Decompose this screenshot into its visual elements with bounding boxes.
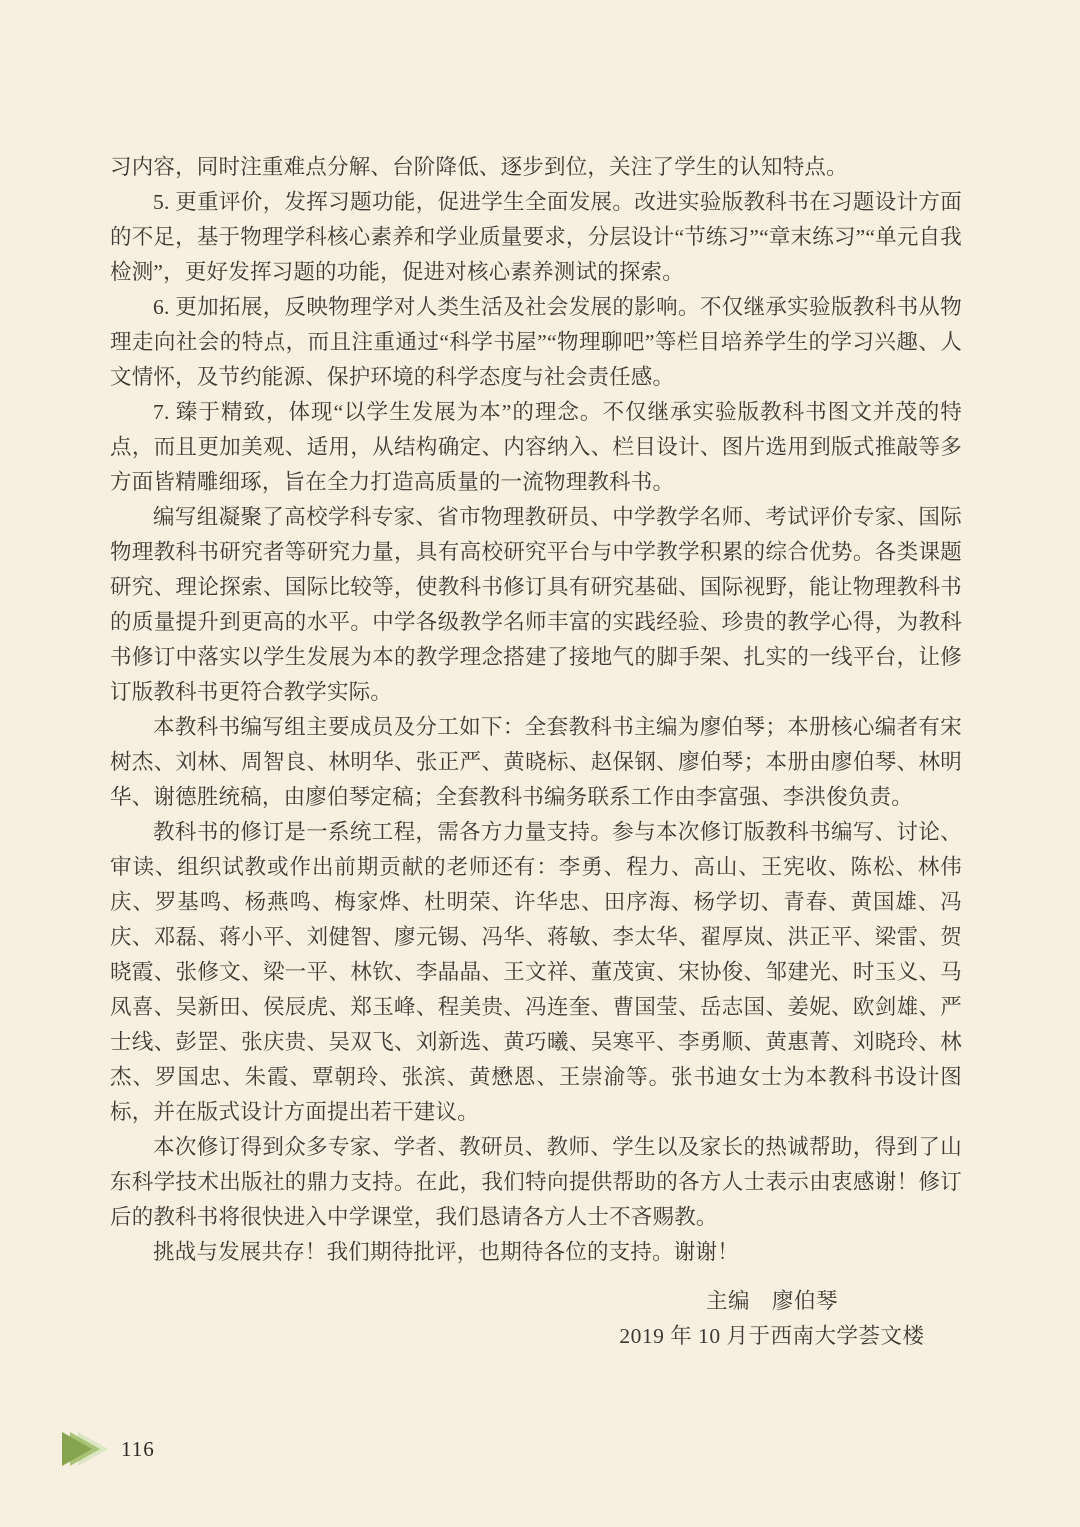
chief-editor-line: 主编 廖伯琴 — [582, 1284, 962, 1319]
paragraph-continuation: 习内容，同时注重难点分解、台阶降低、逐步到位，关注了学生的认知特点。 — [110, 150, 962, 185]
paragraph-closing: 挑战与发展共存！我们期待批评，也期待各位的支持。谢谢！ — [110, 1235, 962, 1270]
paragraph-team-members: 本教科书编写组主要成员及分工如下：全套教科书主编为廖伯琴；本册核心编者有宋树杰、… — [110, 710, 962, 815]
date-place-line: 2019 年 10 月于西南大学荟文楼 — [582, 1319, 962, 1354]
page-footer: 116 — [62, 1432, 155, 1466]
paragraph-contributors: 教科书的修订是一系统工程，需各方力量支持。参与本次修订版教科书编写、讨论、审读、… — [110, 815, 962, 1130]
paragraph-item-5: 5. 更重评价，发挥习题功能，促进学生全面发展。改进实验版教科书在习题设计方面的… — [110, 185, 962, 290]
signature-block: 主编 廖伯琴 2019 年 10 月于西南大学荟文楼 — [582, 1284, 962, 1354]
preface-text-block: 习内容，同时注重难点分解、台阶降低、逐步到位，关注了学生的认知特点。 5. 更重… — [110, 150, 962, 1354]
page-number: 116 — [121, 1437, 155, 1462]
paragraph-writing-team: 编写组凝聚了高校学科专家、省市物理教研员、中学教学名师、考试评价专家、国际物理教… — [110, 500, 962, 710]
paragraph-acknowledgements: 本次修订得到众多专家、学者、教研员、教师、学生以及家长的热诚帮助，得到了山东科学… — [110, 1130, 962, 1235]
book-page: 习内容，同时注重难点分解、台阶降低、逐步到位，关注了学生的认知特点。 5. 更重… — [0, 0, 1080, 1527]
page-marker-triangles-icon — [62, 1432, 108, 1466]
paragraph-item-6: 6. 更加拓展，反映物理学对人类生活及社会发展的影响。不仅继承实验版教科书从物理… — [110, 290, 962, 395]
paragraph-item-7: 7. 臻于精致，体现“以学生发展为本”的理念。不仅继承实验版教科书图文并茂的特点… — [110, 395, 962, 500]
